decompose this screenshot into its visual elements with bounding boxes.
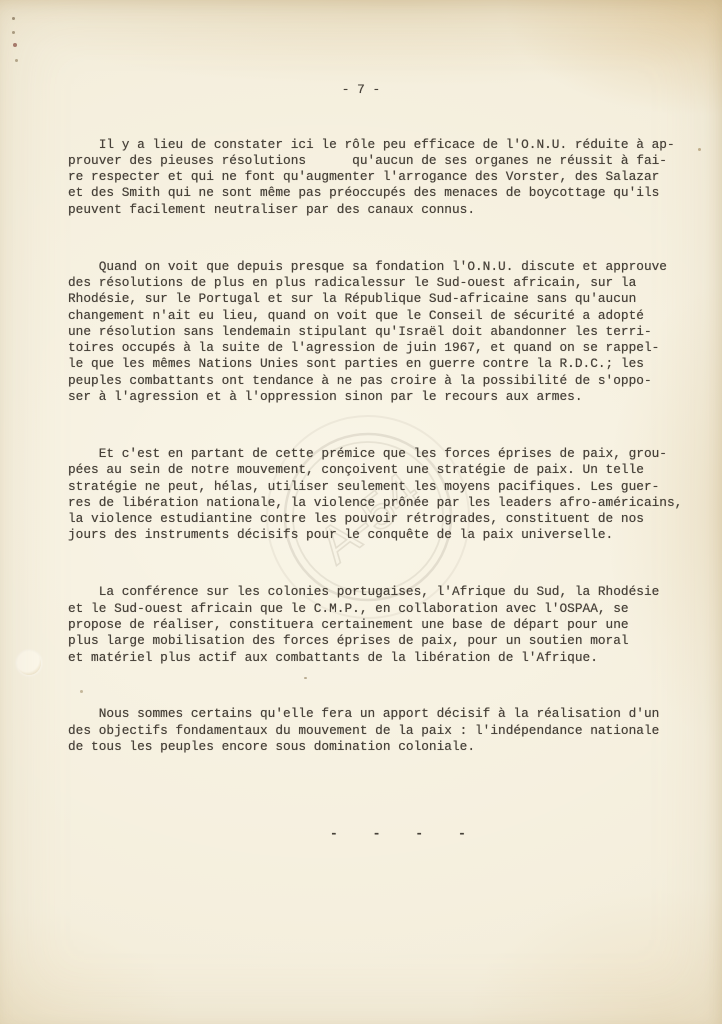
paragraph-1: Il y a lieu de constater ici le rôle peu… <box>68 137 682 218</box>
paper-speck <box>12 31 15 34</box>
paper-speck <box>12 17 15 20</box>
paragraph-5: Nous sommes certains qu'elle fera un app… <box>68 706 682 755</box>
paragraph-3: Et c'est en partant de cette prémice que… <box>68 446 682 544</box>
paragraph-2: Quand on voit que depuis presque sa fond… <box>68 259 682 406</box>
page-number: - 7 - <box>0 82 722 97</box>
document-body: Il y a lieu de constater ici le rôle peu… <box>68 104 682 875</box>
paper-speck <box>304 677 307 679</box>
paper-speck <box>15 59 18 62</box>
paragraph-4: La conférence sur les colonies portugais… <box>68 584 682 665</box>
paper-speck <box>13 43 17 47</box>
hole-punch <box>17 651 41 675</box>
end-separator-dashes: - - - - <box>330 826 682 842</box>
document-page: - 7 - A-54 Il y a lieu de constater ici … <box>0 0 722 1024</box>
paper-speck <box>698 148 701 151</box>
paper-speck <box>80 690 83 693</box>
